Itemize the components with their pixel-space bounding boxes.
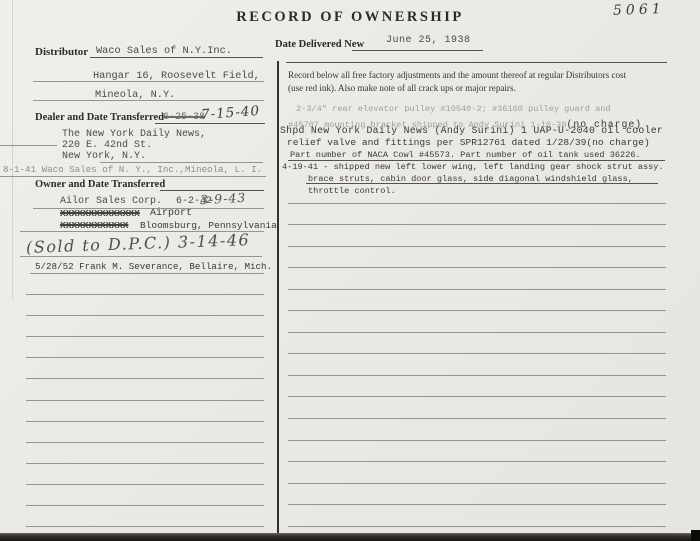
rule-line — [26, 378, 264, 379]
rule-line — [306, 183, 658, 184]
distributor-label: Distributor — [35, 46, 88, 58]
scanned-form: 5061 RECORD OF OWNERSHIP Date Delivered … — [0, 0, 700, 541]
rule-line — [26, 463, 264, 464]
rule-line — [288, 526, 666, 527]
rule-line — [288, 332, 666, 333]
rule-line — [288, 224, 666, 225]
rule-line — [26, 526, 264, 527]
dealer-name: The New York Daily News, — [62, 129, 206, 140]
rule-line — [288, 267, 666, 268]
rule-line — [26, 357, 264, 358]
rule-line — [288, 504, 666, 505]
rule-line — [288, 203, 666, 204]
repair-entry2-line1: Shpd New York Daily News (Andy Surini) 1… — [280, 125, 663, 136]
rule-line — [26, 336, 264, 337]
rule-line — [20, 231, 264, 232]
rule-line — [288, 375, 666, 376]
paper-crease — [12, 0, 13, 300]
rule-line — [33, 208, 264, 209]
rule-line — [286, 62, 667, 63]
instructions-line-2: (use red ink). Also make note of all cra… — [288, 83, 516, 93]
owner-entry1-struck-text-3: XXXXXXXXXXXX — [60, 220, 128, 231]
rule-line — [288, 418, 666, 419]
repair-entry2-line2: relief valve and fittings per SPR12761 d… — [287, 137, 650, 148]
rule-line — [160, 190, 264, 191]
dealer-second-transfer: 8-1-41 Waco Sales of N. Y., Inc.,Mineola… — [3, 164, 262, 175]
rule-line — [26, 400, 264, 401]
rule-line — [26, 421, 264, 422]
owner-entry2: 5/28/52 Frank M. Severance, Bellaire, Mi… — [35, 261, 272, 272]
rule-line — [0, 145, 57, 146]
rule-line — [100, 162, 263, 163]
rule-line — [288, 310, 666, 311]
rule-line — [33, 100, 264, 101]
instructions-line-1: Record below all free factory adjustment… — [288, 70, 626, 80]
owner-transfer-label: Owner and Date Transferred — [35, 179, 165, 190]
rule-line — [26, 484, 264, 485]
rule-line — [288, 396, 666, 397]
date-delivered-value: June 25, 1938 — [386, 35, 471, 46]
dealer-address-1: 220 E. 42nd St. — [62, 140, 152, 151]
rule-line — [288, 440, 666, 441]
date-delivered-label: Date Delivered New — [275, 39, 364, 50]
rule-line — [288, 461, 666, 462]
rule-line — [26, 505, 264, 506]
dealer-date-handwritten: 7-15-40 — [201, 103, 261, 123]
rule-line — [288, 483, 666, 484]
rule-line — [288, 289, 666, 290]
dealer-address-2: New York, N.Y. — [62, 151, 146, 162]
owner-entry1-struck-text-2: XXXXXXXXXXXXXX — [60, 208, 140, 219]
rule-line — [33, 81, 264, 82]
rule-line — [288, 353, 666, 354]
rule-line — [20, 256, 262, 257]
scan-bottom-edge — [0, 533, 700, 541]
repair-entry4-line1: 4-19-41 - shipped new left lower wing, l… — [282, 162, 664, 172]
dealer-date-struck: 6-25-38 — [163, 112, 205, 123]
rule-line — [30, 273, 264, 274]
rule-line — [26, 294, 264, 295]
distributor-name: Waco Sales of N.Y.Inc. — [96, 45, 232, 57]
repair-entry3-part-numbers: Part number of NACA Cowl #45573. Part nu… — [290, 150, 641, 160]
owner-entry1-date-handwritten: 3-9-43 — [200, 190, 247, 207]
repair-entry4-line3: throttle control. — [308, 186, 396, 196]
rule-line — [26, 315, 264, 316]
repair-entry1-line1: 2-3/4" rear elevator pulley #10540-2; #3… — [296, 104, 611, 114]
rule-line — [352, 50, 483, 51]
rule-line — [26, 442, 264, 443]
column-divider — [277, 61, 279, 534]
form-title: RECORD OF OWNERSHIP — [0, 9, 700, 26]
rule-line — [288, 160, 665, 161]
rule-line — [0, 176, 266, 177]
rule-line — [288, 246, 666, 247]
rule-line — [155, 123, 265, 124]
owner-entry1-line2: Airport — [150, 208, 192, 219]
dealer-transfer-label: Dealer and Date Transferred — [35, 112, 164, 123]
rule-line — [90, 57, 263, 58]
scan-corner-mark — [691, 530, 700, 541]
owner-entry1-line3: Bloomsburg, Pennsylvania — [140, 220, 277, 231]
owner-handwritten-note: (Sold to D.P.C.) 3-14-46 — [26, 230, 251, 257]
owner-entry1-name: Ailor Sales Corp. — [60, 196, 162, 207]
